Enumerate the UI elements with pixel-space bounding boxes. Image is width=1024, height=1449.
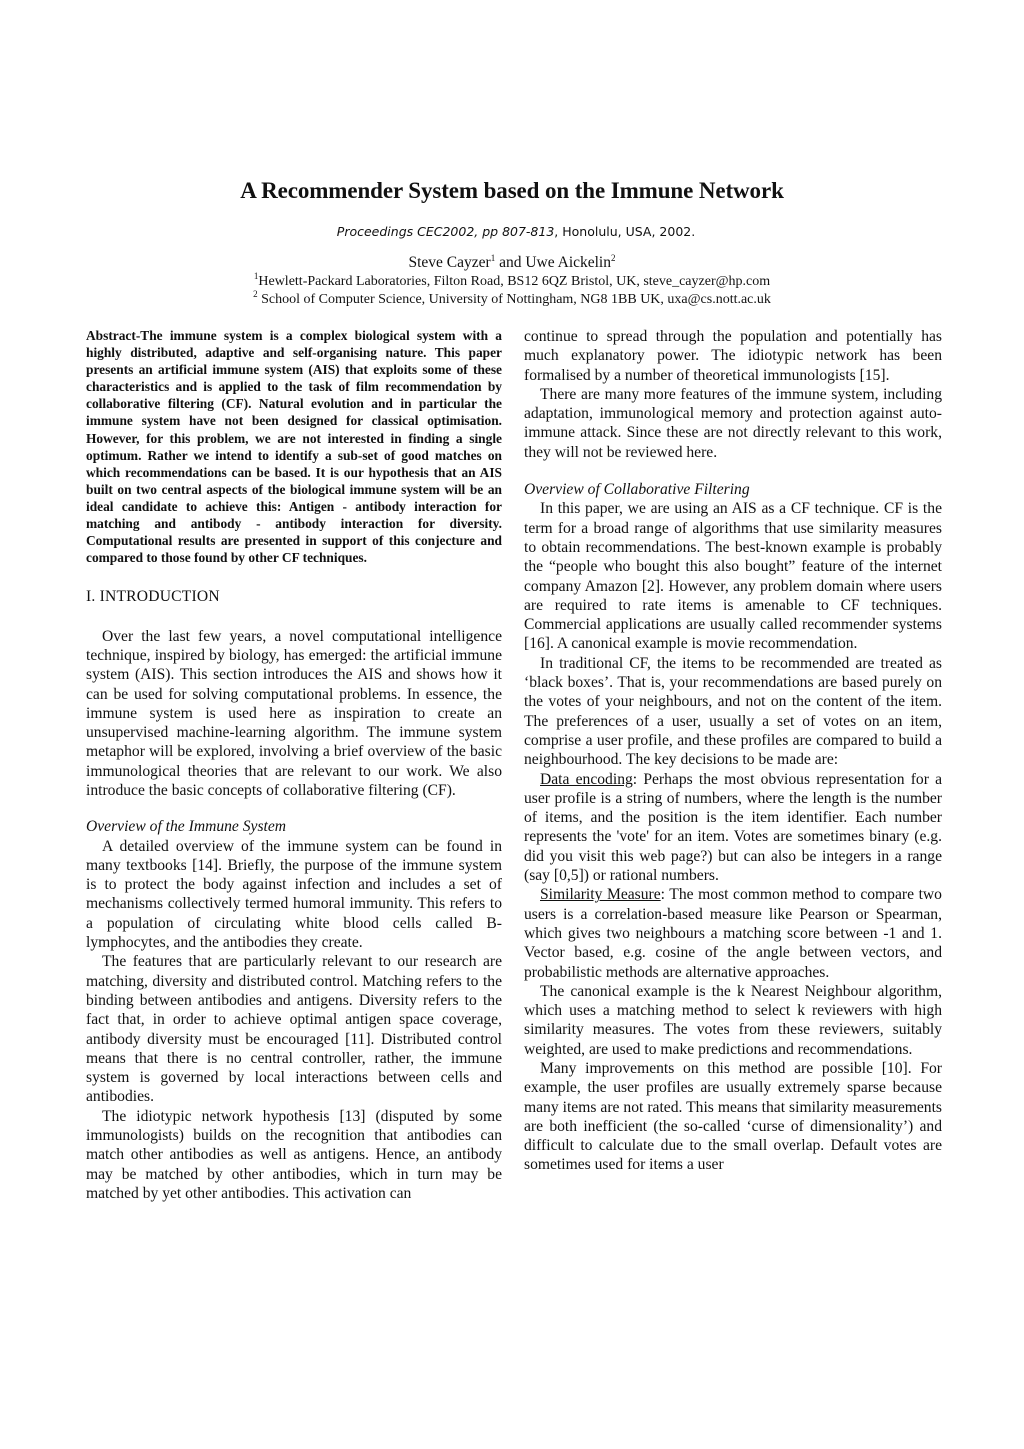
author-1: Steve Cayzer <box>409 254 491 271</box>
intro-paragraph: Over the last few years, a novel computa… <box>86 627 502 801</box>
proceedings-location: , Honolulu, USA, 2002. <box>554 224 695 239</box>
similarity-measure-paragraph: Similarity Measure: The most common meth… <box>524 885 942 981</box>
data-encoding-paragraph: Data encoding: Perhaps the most obvious … <box>524 770 942 886</box>
knn-paragraph: The canonical example is the k Nearest N… <box>524 982 942 1059</box>
affiliation-1: 1Hewlett-Packard Laboratories, Filton Ro… <box>0 274 1024 290</box>
paper-title: A Recommender System based on the Immune… <box>0 178 1024 204</box>
right-column: continue to spread through the populatio… <box>524 327 942 1175</box>
author-line: Steve Cayzer1 and Uwe Aickelin2 <box>0 254 1024 272</box>
data-encoding-label: Data encoding <box>540 771 633 788</box>
cf-paragraph-1: In this paper, we are using an AIS as a … <box>524 499 942 653</box>
affiliation-2: 2 School of Computer Science, University… <box>0 292 1024 308</box>
abstract: Abstract-The immune system is a complex … <box>86 327 502 566</box>
features-paragraph: There are many more features of the immu… <box>524 385 942 462</box>
subheading-collaborative-filtering: Overview of Collaborative Filtering <box>524 480 942 499</box>
author-2: and Uwe Aickelin <box>495 254 611 271</box>
subheading-immune-system: Overview of the Immune System <box>86 817 502 836</box>
similarity-measure-label: Similarity Measure <box>540 886 661 903</box>
author-2-affil-mark: 2 <box>611 253 616 263</box>
affiliation-2-text: School of Computer Science, University o… <box>258 292 771 307</box>
continuation-paragraph: continue to spread through the populatio… <box>524 327 942 385</box>
immune-paragraph-3: The idiotypic network hypothesis [13] (d… <box>86 1107 502 1203</box>
cf-paragraph-2: In traditional CF, the items to be recom… <box>524 654 942 770</box>
immune-paragraph-1: A detailed overview of the immune system… <box>86 837 502 953</box>
section-heading-introduction: I. INTRODUCTION <box>86 587 502 606</box>
proceedings-line: Proceedings CEC2002, pp 807-813, Honolul… <box>0 224 1024 239</box>
proceedings-venue: Proceedings CEC2002, pp 807-813 <box>337 224 555 239</box>
left-column: Abstract-The immune system is a complex … <box>86 327 502 1203</box>
affiliation-1-text: Hewlett-Packard Laboratories, Filton Roa… <box>258 274 770 289</box>
improvements-paragraph: Many improvements on this method are pos… <box>524 1059 942 1175</box>
immune-paragraph-2: The features that are particularly relev… <box>86 952 502 1106</box>
paper-page: A Recommender System based on the Immune… <box>0 0 1024 1449</box>
